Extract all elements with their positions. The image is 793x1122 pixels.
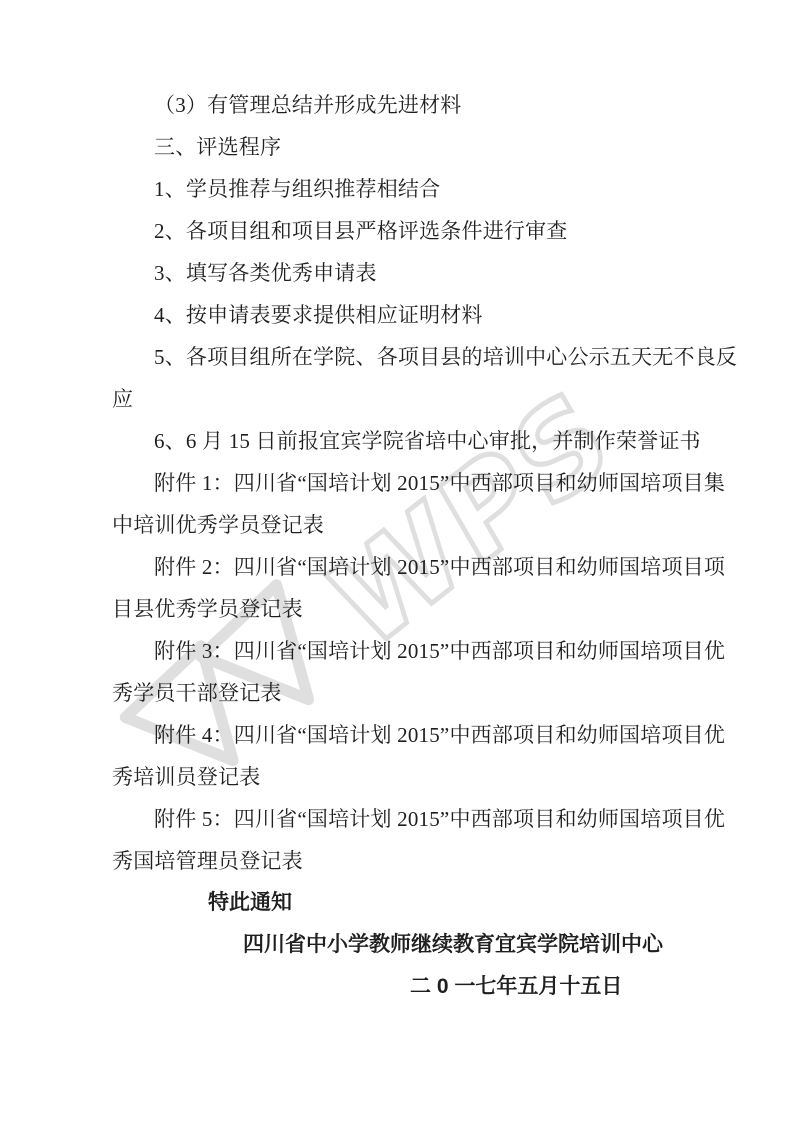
document-line: 秀学员干部登记表 [112, 672, 682, 714]
document-line: 特此通知 [112, 882, 682, 924]
document-line: 秀培训员登记表 [112, 756, 682, 798]
document-body: （3）有管理总结并形成先进材料三、评选程序1、学员推荐与组织推荐相结合2、各项目… [112, 84, 682, 1008]
document-line: 附件 2：四川省“国培计划 2015”中西部项目和幼师国培项目项 [112, 546, 682, 588]
document-line: 4、按申请表要求提供相应证明材料 [112, 294, 682, 336]
document-line: 1、学员推荐与组织推荐相结合 [112, 168, 682, 210]
document-line: 附件 1：四川省“国培计划 2015”中西部项目和幼师国培项目集 [112, 462, 682, 504]
document-line: 三、评选程序 [112, 126, 682, 168]
document-line: 6、6 月 15 日前报宜宾学院省培中心审批，并制作荣誉证书 [112, 420, 682, 462]
document-line: 目县优秀学员登记表 [112, 588, 682, 630]
document-line: 附件 3：四川省“国培计划 2015”中西部项目和幼师国培项目优 [112, 630, 682, 672]
document-line: （3）有管理总结并形成先进材料 [112, 84, 682, 126]
document-line: 2、各项目组和项目县严格评选条件进行审查 [112, 210, 682, 252]
document-line: 四川省中小学教师继续教育宜宾学院培训中心 [112, 924, 682, 966]
document-line: 5、各项目组所在学院、各项目县的培训中心公示五天无不良反 [112, 336, 682, 378]
document-line: 3、填写各类优秀申请表 [112, 252, 682, 294]
document-line: 附件 5：四川省“国培计划 2015”中西部项目和幼师国培项目优 [112, 798, 682, 840]
document-line: 秀国培管理员登记表 [112, 840, 682, 882]
document-line: 附件 4：四川省“国培计划 2015”中西部项目和幼师国培项目优 [112, 714, 682, 756]
document-line: 中培训优秀学员登记表 [112, 504, 682, 546]
document-page: WPS （3）有管理总结并形成先进材料三、评选程序1、学员推荐与组织推荐相结合2… [0, 0, 793, 1122]
document-line: 应 [112, 378, 682, 420]
document-line: 二 0 一七年五月十五日 [112, 966, 682, 1008]
